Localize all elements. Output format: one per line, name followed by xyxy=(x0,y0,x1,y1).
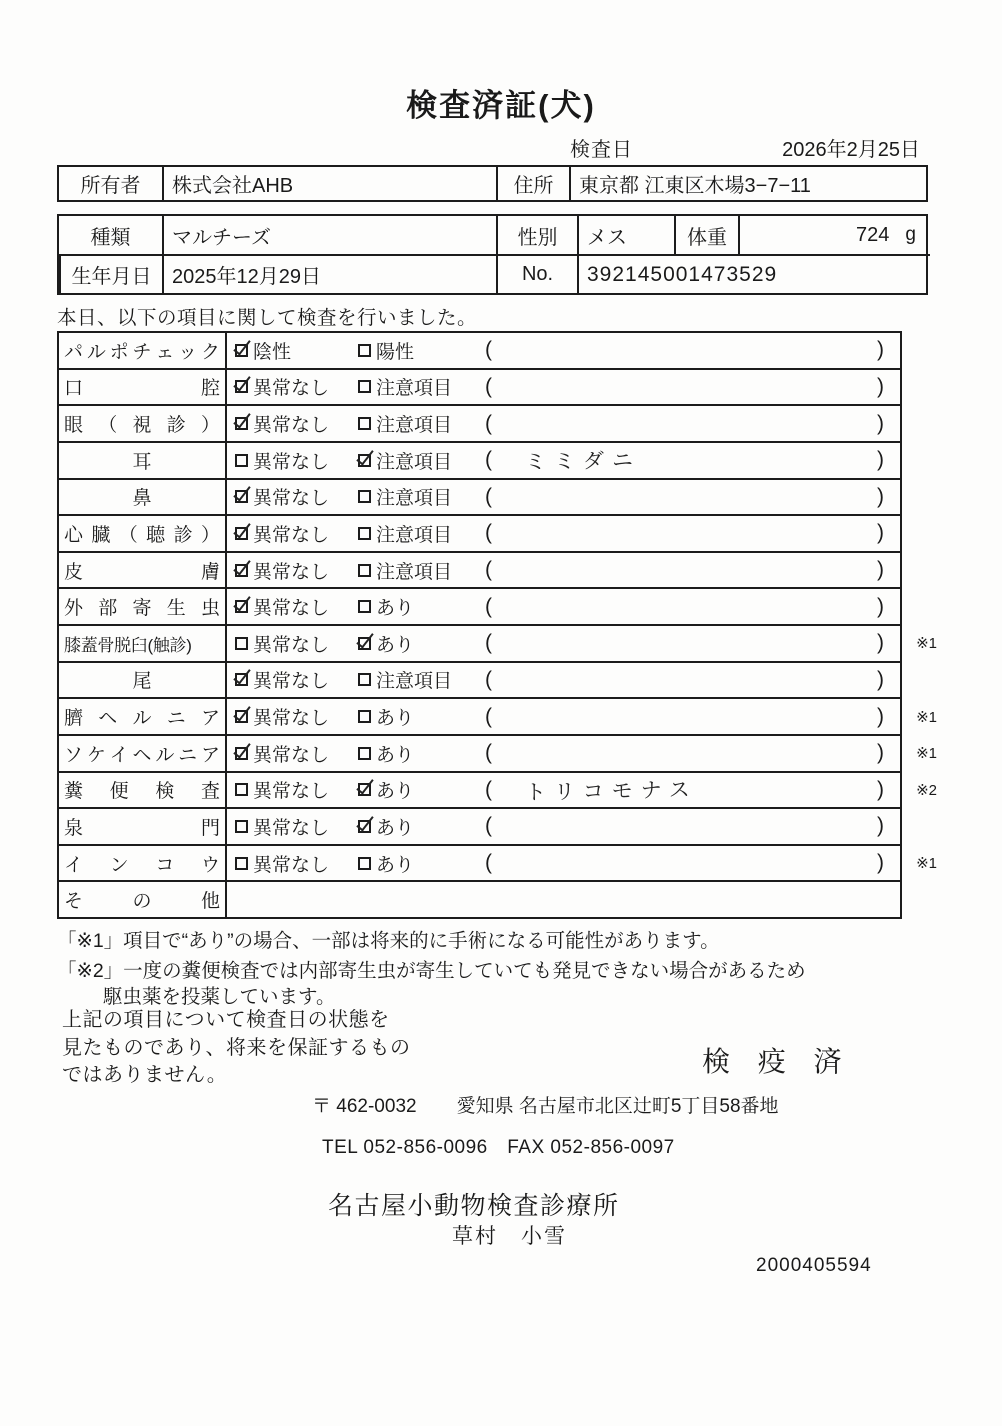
reference-mark: ※1 xyxy=(916,744,937,762)
option-1-label: 異常なし xyxy=(253,557,329,584)
paren-close: ) xyxy=(877,595,884,619)
checkbox-checked xyxy=(235,344,248,357)
check-row: 尾異常なし注意項目() xyxy=(59,661,900,698)
sex-label: 性別 xyxy=(496,216,577,254)
check-row-label: 皮膚 xyxy=(59,553,227,588)
checkbox-unchecked xyxy=(358,600,371,613)
no-label: No. xyxy=(496,254,577,293)
check-row-label: ソケイヘルニア xyxy=(59,736,227,771)
option-2: 注意項目 xyxy=(358,520,452,547)
checkbox-checked xyxy=(235,564,248,577)
paren-close: ) xyxy=(877,485,884,509)
check-row: 糞便検査異常なしあり(トリコモナス)※2 xyxy=(59,771,900,808)
check-row-body: 異常なしあり() xyxy=(227,589,900,624)
check-row-label: 膝蓋骨脱臼(触診) xyxy=(59,626,227,661)
footnote-1: 「※1」項目で“あり”の場合、一部は将来的に手術になる可能性があります。 xyxy=(57,925,720,953)
check-row: その他 xyxy=(59,880,900,917)
check-row-label: 臍ヘルニア xyxy=(59,699,227,734)
checkbox-unchecked xyxy=(358,673,371,686)
option-1: 異常なし xyxy=(235,740,329,767)
disclaimer-line: ではありません。 xyxy=(62,1062,411,1090)
option-2-label: 注意項目 xyxy=(376,373,452,400)
option-2: あり xyxy=(358,850,414,877)
paren-close: ) xyxy=(877,448,884,472)
checkbox-unchecked xyxy=(235,857,248,870)
option-1-label: 異常なし xyxy=(253,850,329,877)
checkbox-checked xyxy=(358,820,371,833)
checkbox-unchecked xyxy=(358,857,371,870)
check-row-body: 異常なし注意項目() xyxy=(227,370,900,405)
check-row-label: 眼（視診） xyxy=(59,406,227,441)
clinic-name: 名古屋小動物検査診療所 xyxy=(328,1186,620,1222)
paren-close: ) xyxy=(877,521,884,545)
address-value: 東京都 江東区木場3−7−11 xyxy=(569,167,930,200)
option-1-label: 異常なし xyxy=(253,373,329,400)
paren-open: ( xyxy=(485,485,492,509)
option-1: 異常なし xyxy=(235,373,329,400)
paren-close: ) xyxy=(877,338,884,362)
check-row-body: 異常なしあり()※1 xyxy=(227,846,900,881)
check-row: インコウ異常なしあり()※1 xyxy=(59,844,900,881)
option-2-label: 陽性 xyxy=(376,337,414,364)
option-1-label: 異常なし xyxy=(253,593,329,620)
option-1: 異常なし xyxy=(235,630,329,657)
option-1: 異常なし xyxy=(235,666,329,693)
disclaimer-line: 上記の項目について検査日の状態を xyxy=(62,1007,411,1035)
checkbox-checked xyxy=(235,747,248,760)
check-row: 眼（視診）異常なし注意項目() xyxy=(59,404,900,441)
option-1-label: 異常なし xyxy=(253,447,329,474)
page-title: 検査済証(犬) xyxy=(0,80,1002,125)
inspection-date-label: 検査日 xyxy=(570,133,633,162)
check-row-body: 異常なしあり() xyxy=(227,809,900,844)
disclaimer-text: 上記の項目について検査日の状態を 見たものであり、将来を保証するもの ではありま… xyxy=(62,1007,411,1090)
option-1: 異常なし xyxy=(235,557,329,584)
option-2-label: あり xyxy=(376,813,414,840)
option-1-label: 異常なし xyxy=(253,740,329,767)
serial-number: 2000405594 xyxy=(756,1255,872,1277)
checkbox-unchecked xyxy=(358,380,371,393)
intro-text: 本日、以下の項目に関して検査を行いました。 xyxy=(57,302,477,330)
option-2-label: あり xyxy=(376,703,414,730)
option-1: 異常なし xyxy=(235,703,329,730)
option-2: 注意項目 xyxy=(358,410,452,437)
weight-value: 724 xyxy=(856,224,889,247)
paren-close: ) xyxy=(877,558,884,582)
paren-open: ( xyxy=(485,521,492,545)
disclaimer-line: 見たものであり、将来を保証するもの xyxy=(62,1035,411,1063)
weight-label: 体重 xyxy=(674,216,738,254)
clinic-address: 愛知県 名古屋市北区辻町5丁目58番地 xyxy=(457,1096,779,1117)
option-2: 注意項目 xyxy=(358,666,452,693)
reference-mark: ※2 xyxy=(916,781,937,799)
handwritten-note: トリコモナス xyxy=(525,773,698,806)
option-2: 注意項目 xyxy=(358,483,452,510)
option-2: あり xyxy=(358,703,414,730)
option-2-label: あり xyxy=(376,740,414,767)
option-1-label: 異常なし xyxy=(253,520,329,547)
checkbox-checked xyxy=(235,600,248,613)
paren-open: ( xyxy=(485,595,492,619)
weight-value-cell: 724 g xyxy=(738,216,930,254)
check-row-label: 泉門 xyxy=(59,809,227,844)
check-row-body: 異常なしあり()※1 xyxy=(227,736,900,771)
paren-open: ( xyxy=(485,558,492,582)
option-1: 異常なし xyxy=(235,813,329,840)
option-1-label: 陰性 xyxy=(253,337,291,364)
option-2-label: 注意項目 xyxy=(376,520,452,547)
checkbox-unchecked xyxy=(235,637,248,650)
option-2-label: あり xyxy=(376,630,414,657)
paren-open: ( xyxy=(485,412,492,436)
check-row-body xyxy=(227,882,900,917)
owner-table: 所有者 株式会社AHB 住所 東京都 江東区木場3−7−11 xyxy=(57,165,928,202)
option-1-label: 異常なし xyxy=(253,813,329,840)
check-row: 鼻異常なし注意項目() xyxy=(59,478,900,515)
option-1: 異常なし xyxy=(235,850,329,877)
no-value: 392145001473529 xyxy=(577,254,930,293)
option-2-label: 注意項目 xyxy=(376,666,452,693)
option-1-label: 異常なし xyxy=(253,483,329,510)
option-2-label: あり xyxy=(376,593,414,620)
option-2: 注意項目 xyxy=(358,557,452,584)
option-2-label: 注意項目 xyxy=(376,410,452,437)
check-row-body: 異常なしあり()※1 xyxy=(227,626,900,661)
check-row-label: その他 xyxy=(59,882,227,917)
check-row-body: 異常なし注意項目(ミミダニ) xyxy=(227,443,900,478)
checkbox-checked xyxy=(235,380,248,393)
checkbox-checked xyxy=(235,710,248,723)
option-2-label: 注意項目 xyxy=(376,483,452,510)
option-2: 陽性 xyxy=(358,337,414,364)
check-row-label: 心臓（聴診） xyxy=(59,516,227,551)
paren-open: ( xyxy=(485,814,492,838)
option-2: あり xyxy=(358,740,414,767)
check-row: 泉門異常なしあり() xyxy=(59,807,900,844)
reference-mark: ※1 xyxy=(916,708,937,726)
handwritten-note: ミミダニ xyxy=(525,444,642,476)
check-row-label: 耳 xyxy=(59,443,227,478)
option-2: 注意項目 xyxy=(358,373,452,400)
checkbox-unchecked xyxy=(358,490,371,503)
paren-open: ( xyxy=(485,705,492,729)
option-2: あり xyxy=(358,813,414,840)
paren-open: ( xyxy=(485,338,492,362)
checkbox-unchecked xyxy=(358,527,371,540)
check-row-label: 糞便検査 xyxy=(59,773,227,808)
birth-value: 2025年12月29日 xyxy=(162,254,496,293)
option-1-label: 異常なし xyxy=(253,666,329,693)
option-1: 異常なし xyxy=(235,483,329,510)
reference-mark: ※1 xyxy=(916,634,937,652)
checkbox-unchecked xyxy=(358,747,371,760)
check-row: パルポチェック陰性陽性() xyxy=(59,333,900,368)
paren-close: ) xyxy=(877,631,884,655)
option-1: 異常なし xyxy=(235,520,329,547)
option-1: 異常なし xyxy=(235,776,329,803)
option-2-label: あり xyxy=(376,850,414,877)
check-row-body: 異常なし注意項目() xyxy=(227,480,900,515)
option-1: 異常なし xyxy=(235,410,329,437)
option-1-label: 異常なし xyxy=(253,630,329,657)
check-table: パルポチェック陰性陽性()口腔異常なし注意項目()眼（視診）異常なし注意項目()… xyxy=(57,331,902,919)
checkbox-checked xyxy=(358,454,371,467)
check-row: 外部寄生虫異常なしあり() xyxy=(59,587,900,624)
clinic-tel-fax: TEL 052-856-0096 FAX 052-856-0097 xyxy=(322,1132,675,1159)
weight-unit: g xyxy=(905,224,916,246)
option-1-label: 異常なし xyxy=(253,410,329,437)
check-row-label: パルポチェック xyxy=(59,333,227,368)
checkbox-unchecked xyxy=(358,344,371,357)
checkbox-checked xyxy=(235,527,248,540)
birth-label: 生年月日 xyxy=(59,254,162,293)
check-row-label: 鼻 xyxy=(59,480,227,515)
option-1: 異常なし xyxy=(235,447,329,474)
checkbox-unchecked xyxy=(358,710,371,723)
pet-info-table: 種類 マルチーズ 性別 メス 体重 724 g 生年月日 2025年12月29日… xyxy=(57,214,928,295)
check-row: 心臓（聴診）異常なし注意項目() xyxy=(59,514,900,551)
paren-open: ( xyxy=(485,631,492,655)
paren-open: ( xyxy=(485,448,492,472)
scanned-certificate-page: 検査済証(犬) 検査日 2026年2月25日 所有者 株式会社AHB 住所 東京… xyxy=(0,0,1002,1426)
paren-close: ) xyxy=(877,375,884,399)
owner-value: 株式会社AHB xyxy=(162,167,496,200)
check-row-body: 異常なし注意項目() xyxy=(227,516,900,551)
check-row-body: 異常なしあり()※1 xyxy=(227,699,900,734)
paren-close: ) xyxy=(877,412,884,436)
paren-open: ( xyxy=(485,778,492,802)
paren-close: ) xyxy=(877,705,884,729)
option-2: あり xyxy=(358,776,414,803)
veterinarian-name: 草村 小雪 xyxy=(452,1220,567,1250)
check-row: 皮膚異常なし注意項目() xyxy=(59,551,900,588)
paren-close: ) xyxy=(877,778,884,802)
sex-value: メス xyxy=(577,216,674,254)
check-row-body: 異常なし注意項目() xyxy=(227,553,900,588)
checkbox-checked xyxy=(235,417,248,430)
paren-close: ) xyxy=(877,814,884,838)
owner-label: 所有者 xyxy=(59,167,162,200)
checkbox-checked xyxy=(358,637,371,650)
breed-label: 種類 xyxy=(59,216,162,254)
check-row-body: 異常なし注意項目() xyxy=(227,663,900,698)
paren-open: ( xyxy=(485,668,492,692)
option-1: 異常なし xyxy=(235,593,329,620)
option-2-label: あり xyxy=(376,776,414,803)
check-row-body: 陰性陽性() xyxy=(227,333,900,368)
check-row-body: 異常なしあり(トリコモナス)※2 xyxy=(227,773,900,808)
option-2: 注意項目 xyxy=(358,447,452,474)
option-1-label: 異常なし xyxy=(253,776,329,803)
paren-close: ) xyxy=(877,851,884,875)
checkbox-unchecked xyxy=(358,564,371,577)
footnote-2-line2: 駆虫薬を投薬しています。 xyxy=(103,981,335,1009)
paren-open: ( xyxy=(485,851,492,875)
footnote-2-line1: 「※2」一度の糞便検査では内部寄生虫が寄生していても発見できない場合があるため xyxy=(57,955,806,983)
option-1-label: 異常なし xyxy=(253,703,329,730)
option-2-label: 注意項目 xyxy=(376,447,452,474)
checkbox-unchecked xyxy=(358,417,371,430)
clinic-address-line: 〒 462-0032愛知県 名古屋市北区辻町5丁目58番地 xyxy=(312,1091,779,1118)
option-1: 陰性 xyxy=(235,337,291,364)
option-2: あり xyxy=(358,630,414,657)
paren-open: ( xyxy=(485,741,492,765)
checkbox-unchecked xyxy=(235,820,248,833)
option-2-label: 注意項目 xyxy=(376,557,452,584)
check-row-label: 口腔 xyxy=(59,370,227,405)
breed-value: マルチーズ xyxy=(162,216,496,254)
address-label: 住所 xyxy=(496,167,569,200)
check-row: 口腔異常なし注意項目() xyxy=(59,368,900,405)
paren-close: ) xyxy=(877,741,884,765)
paren-close: ) xyxy=(877,668,884,692)
check-row: 膝蓋骨脱臼(触診)異常なしあり()※1 xyxy=(59,624,900,661)
check-row-label: インコウ xyxy=(59,846,227,881)
reference-mark: ※1 xyxy=(916,854,937,872)
quarantine-passed-stamp: 検 疫 済 xyxy=(702,1040,852,1080)
option-2: あり xyxy=(358,593,414,620)
check-row: 耳異常なし注意項目(ミミダニ) xyxy=(59,441,900,478)
check-row-label: 尾 xyxy=(59,663,227,698)
clinic-postal-code: 〒 462-0032 xyxy=(312,1096,417,1117)
checkbox-unchecked xyxy=(235,454,248,467)
paren-open: ( xyxy=(485,375,492,399)
check-row: 臍ヘルニア異常なしあり()※1 xyxy=(59,697,900,734)
checkbox-checked xyxy=(235,490,248,503)
checkbox-checked xyxy=(235,673,248,686)
check-row-label: 外部寄生虫 xyxy=(59,589,227,624)
inspection-date-value: 2026年2月25日 xyxy=(782,133,920,162)
check-row-body: 異常なし注意項目() xyxy=(227,406,900,441)
checkbox-checked xyxy=(358,783,371,796)
checkbox-unchecked xyxy=(235,783,248,796)
check-row: ソケイヘルニア異常なしあり()※1 xyxy=(59,734,900,771)
